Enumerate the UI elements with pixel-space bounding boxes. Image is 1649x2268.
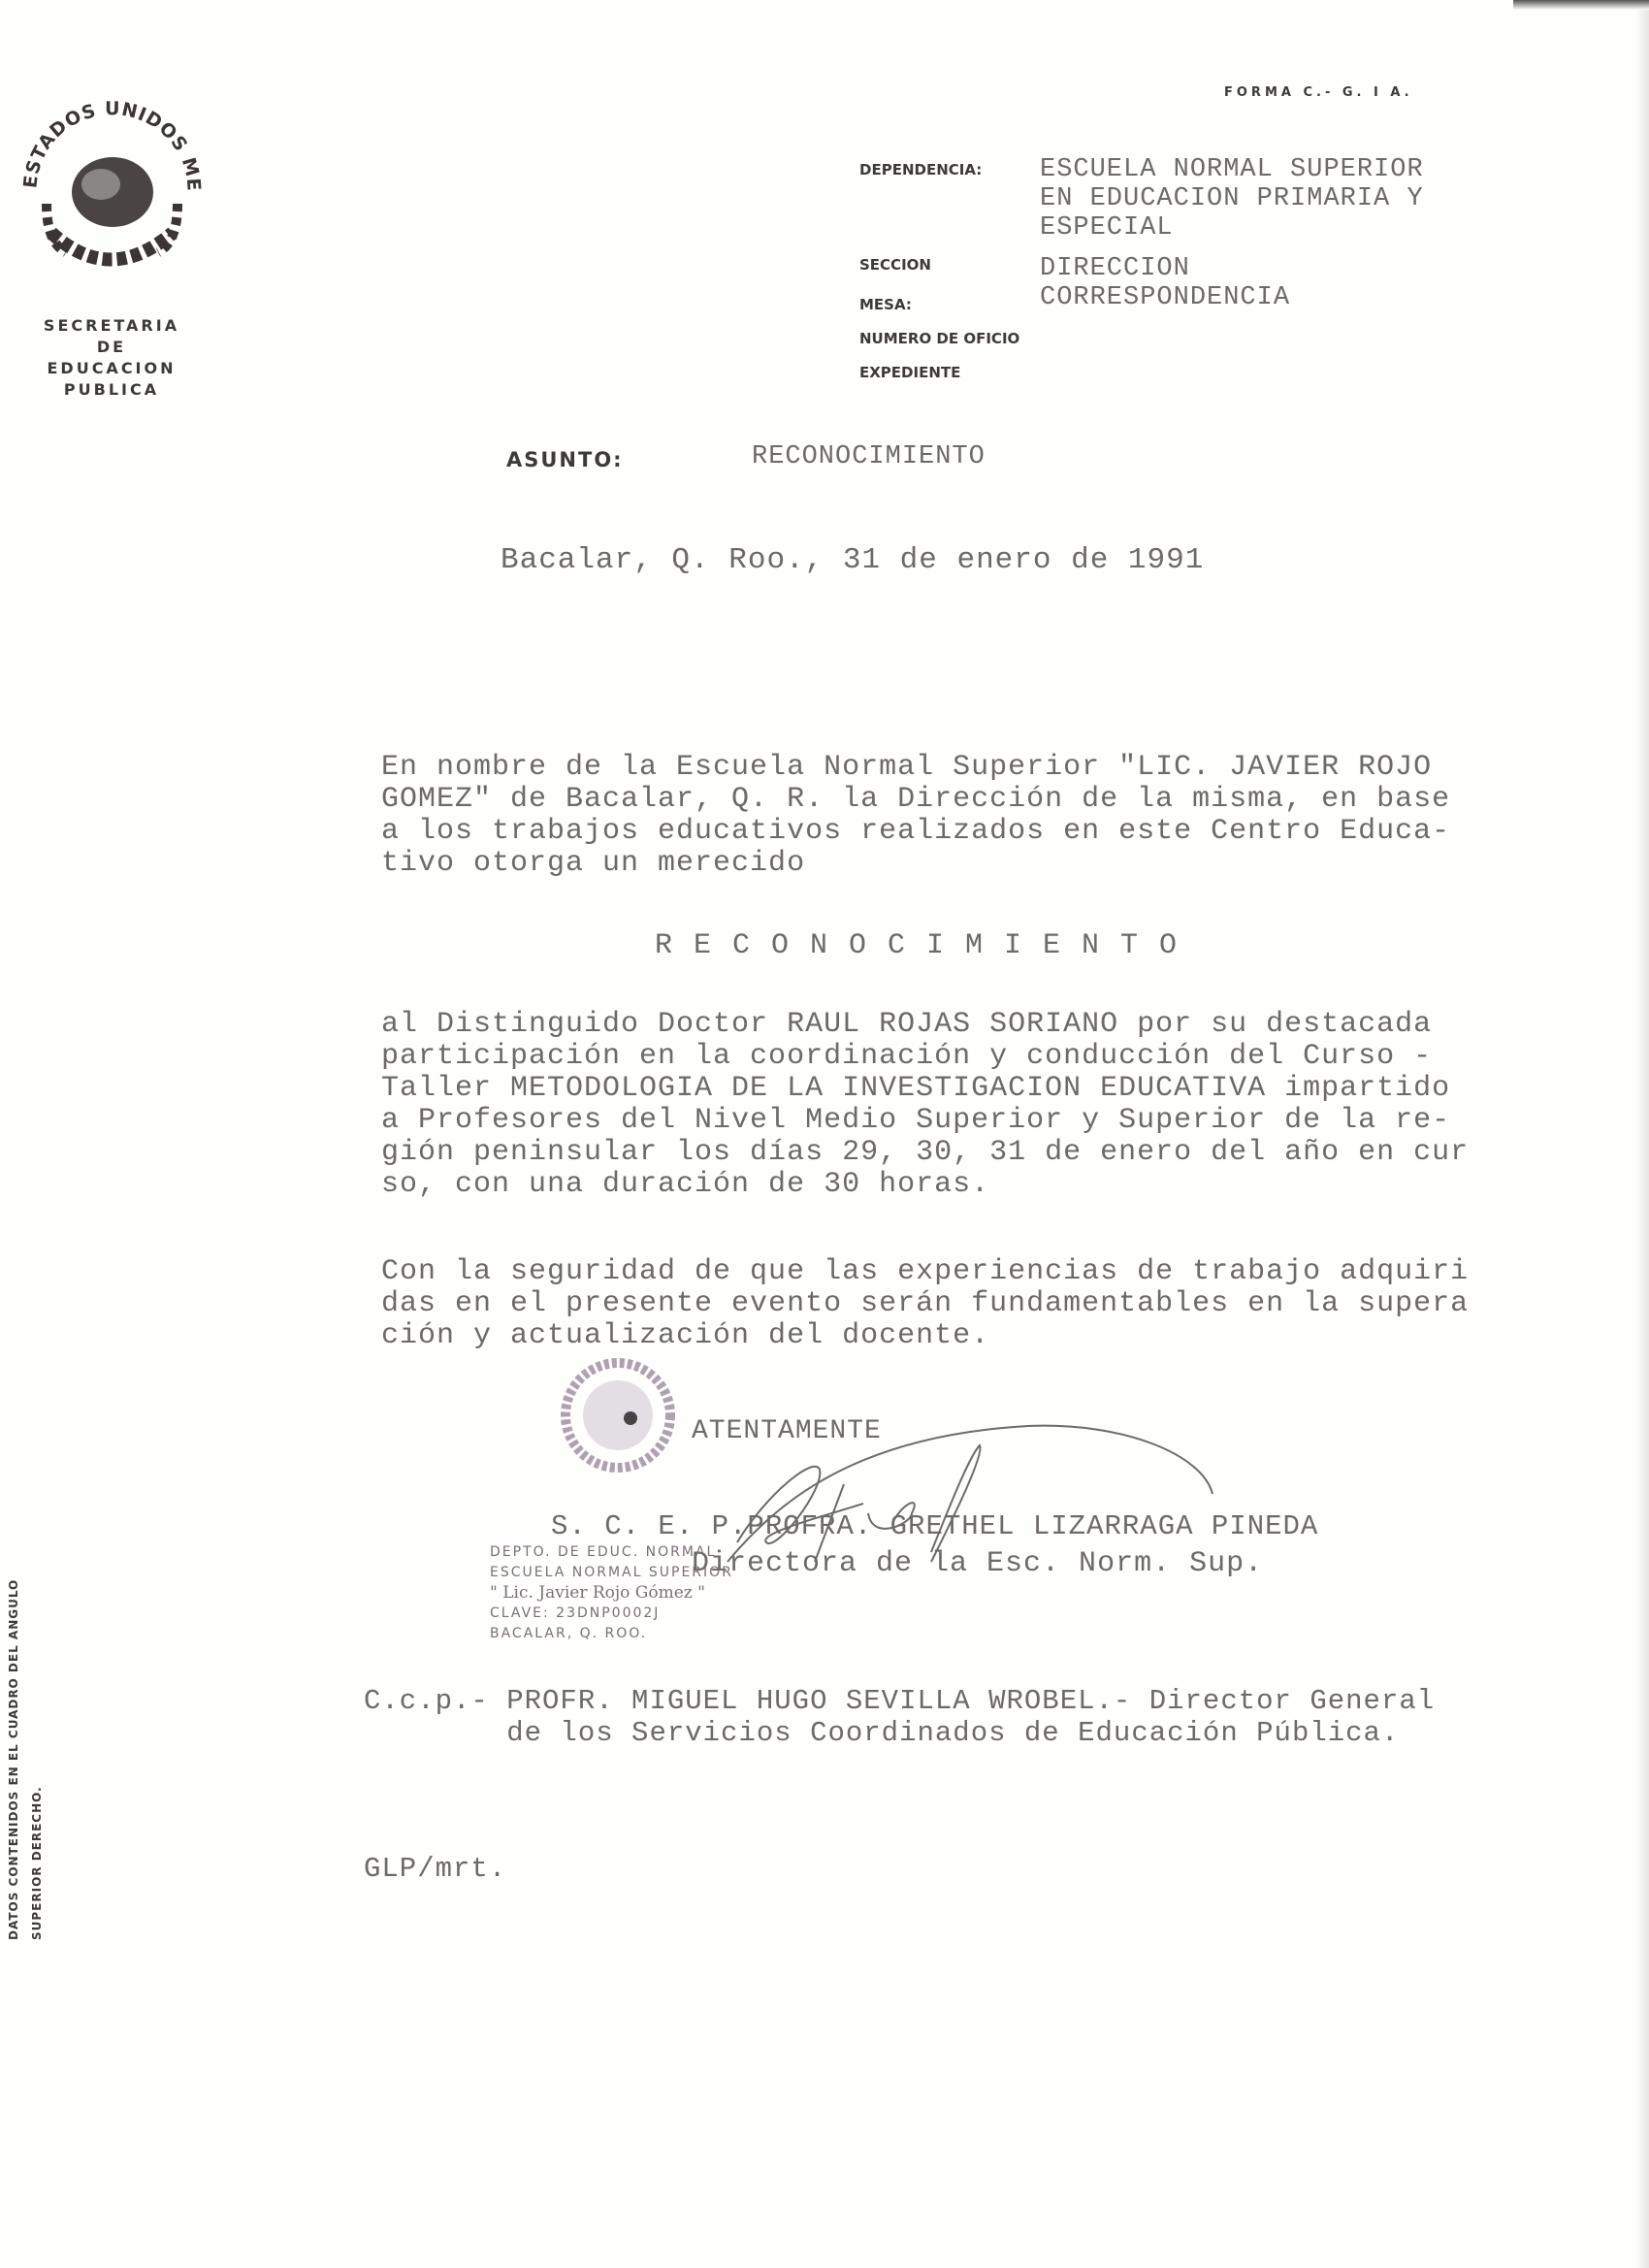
expediente-label: EXPEDIENTE: [859, 364, 960, 381]
dependencia-line: ESCUELA NORMAL SUPERIOR: [1040, 155, 1583, 184]
stamp-line: DEPTO. DE EDUC. NORMAL: [490, 1542, 781, 1563]
body-paragraph-1: En nombre de la Escuela Normal Superior …: [381, 752, 1545, 880]
dependencia-line: EN EDUCACION PRIMARIA Y: [1040, 184, 1583, 213]
secretaria-line: DE: [0, 337, 223, 358]
mesa-label: MESA:: [859, 296, 912, 313]
recognition-heading: RECONOCIMIENTO: [655, 929, 1198, 962]
secretaria-title: SECRETARIA DE EDUCACION PUBLICA: [0, 315, 223, 401]
reference-initials: GLP/mrt.: [364, 1853, 506, 1885]
seccion-value: DIRECCION: [1040, 254, 1190, 283]
dependencia-line: ESPECIAL: [1040, 213, 1583, 243]
stamp-line: CLAVE: 23DNP0002J: [490, 1604, 781, 1624]
dateline: Bacalar, Q. Roo., 31 de enero de 1991: [501, 543, 1204, 577]
seccion-label: SECCION: [859, 256, 931, 274]
school-stamp: DEPTO. DE EDUC. NORMAL ESCUELA NORMAL SU…: [490, 1542, 781, 1644]
secretaria-line: EDUCACION PUBLICA: [0, 358, 223, 401]
ccp-line: C.c.p.- PROFR. MIGUEL HUGO SEVILLA WROBE…: [364, 1685, 1435, 1749]
scan-edge-top: [1513, 0, 1649, 10]
numero-oficio-label: NUMERO DE OFICIO: [859, 330, 1019, 347]
secretaria-line: SECRETARIA: [0, 315, 223, 337]
body-paragraph-2: al Distinguido Doctor RAUL ROJAS SORIANO…: [381, 1009, 1545, 1201]
mesa-value: CORRESPONDENCIA: [1040, 283, 1290, 312]
side-note-line: DATOS CONTENIDOS EN EL CUADRO DEL ANGULO: [2, 1579, 25, 1940]
dependencia-label: DEPENDENCIA:: [859, 161, 982, 178]
stamp-line: ESCUELA NORMAL SUPERIOR: [490, 1563, 781, 1583]
signer-name: S. C. E. P.PROFRA. GRETHEL LIZARRAGA PIN…: [551, 1510, 1318, 1542]
body-paragraph-3: Con la seguridad de que las experiencias…: [381, 1256, 1545, 1352]
stamp-line: BACALAR, Q. ROO.: [490, 1624, 781, 1644]
side-note-line: SUPERIOR DERECHO.: [25, 1579, 48, 1940]
asunto-value: RECONOCIMIENTO: [752, 442, 986, 471]
asunto-label: ASUNTO:: [506, 448, 624, 471]
dependencia-value: ESCUELA NORMAL SUPERIOR EN EDUCACION PRI…: [1040, 155, 1583, 243]
form-code: FORMA C.- G. I A.: [1224, 85, 1413, 100]
side-note: DATOS CONTENIDOS EN EL CUADRO DEL ANGULO…: [2, 1579, 48, 1940]
national-seal-icon: ESTADOS UNIDOS MEXICANOS: [8, 87, 211, 291]
stamp-line: " Lic. Javier Rojo Gómez ": [490, 1583, 781, 1604]
scan-edge: [1635, 0, 1649, 2268]
